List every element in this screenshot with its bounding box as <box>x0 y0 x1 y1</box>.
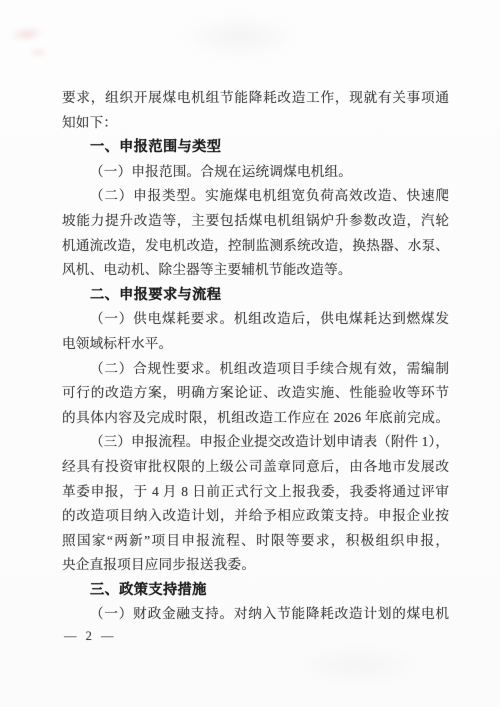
document-line: 要求，组织开展煤电机组节能降耗改造工作，现就有关事项通 <box>62 86 449 111</box>
document-line: 经具有投资审批权限的上级公司盖章同意后，由各地市发展改 <box>62 455 449 480</box>
document-line: 可行的改造方案，明确方案论证、改造实施、性能验收等环节 <box>62 381 449 406</box>
scan-smudge-artifact <box>180 14 300 60</box>
document-line: 坡能力提升改造等，主要包括煤电机组锅炉升参数改造，汽轮 <box>62 209 449 234</box>
document-line: 机通流改造，发电机改造，控制监测系统改造，换热器、水泵、 <box>62 234 449 259</box>
document-line: （二）申报类型。实施煤电机组宽负荷高效改造、快速爬 <box>62 184 449 209</box>
document-line: （一）申报范围。合规在运统调煤电机组。 <box>62 160 449 185</box>
stamp-residue-artifact <box>28 47 48 58</box>
document-line: （一）财政金融支持。对纳入节能降耗改造计划的煤电机 <box>62 602 449 627</box>
section-heading: 三、政策支持措施 <box>62 578 449 603</box>
document-line: 革委申报，于 4 月 8 日前正式行文上报我委，我委将通过评审 <box>62 480 449 505</box>
document-line: （二）合规性要求。机组改造项目手续合规有效，需编制 <box>62 357 449 382</box>
document-line: 照国家“两新”项目申报流程、时限等要求，积极组织申报， <box>62 529 449 554</box>
document-line: （三）申报流程。申报企业提交改造计划申请表（附件 1）， <box>62 430 449 455</box>
stamp-residue-artifact <box>9 24 45 45</box>
page-number: — 2 — <box>64 629 117 644</box>
document-line: 的具体内容及完成时限，机组改造工作应在 2026 年底前完成。 <box>62 406 449 431</box>
section-heading: 一、申报范围与类型 <box>62 135 449 160</box>
document-line: 知如下： <box>62 111 449 136</box>
document-line: （一）供电煤耗要求。机组改造后，供电煤耗达到燃煤发 <box>62 307 449 332</box>
scanned-document-page: 要求，组织开展煤电机组节能降耗改造工作，现就有关事项通知如下：一、申报范围与类型… <box>0 0 500 707</box>
document-line: 风机、电动机、除尘器等主要辅机节能改造等。 <box>62 258 449 283</box>
document-line: 的改造项目纳入改造计划，并给予相应政策支持。申报企业按 <box>62 504 449 529</box>
document-body: 要求，组织开展煤电机组节能降耗改造工作，现就有关事项通知如下：一、申报范围与类型… <box>62 86 449 627</box>
document-line: 电领域标杆水平。 <box>62 332 449 357</box>
document-line: 央企直报项目应同步报送我委。 <box>62 553 449 578</box>
section-heading: 二、申报要求与流程 <box>62 283 449 308</box>
scan-smudge-artifact <box>288 644 428 686</box>
